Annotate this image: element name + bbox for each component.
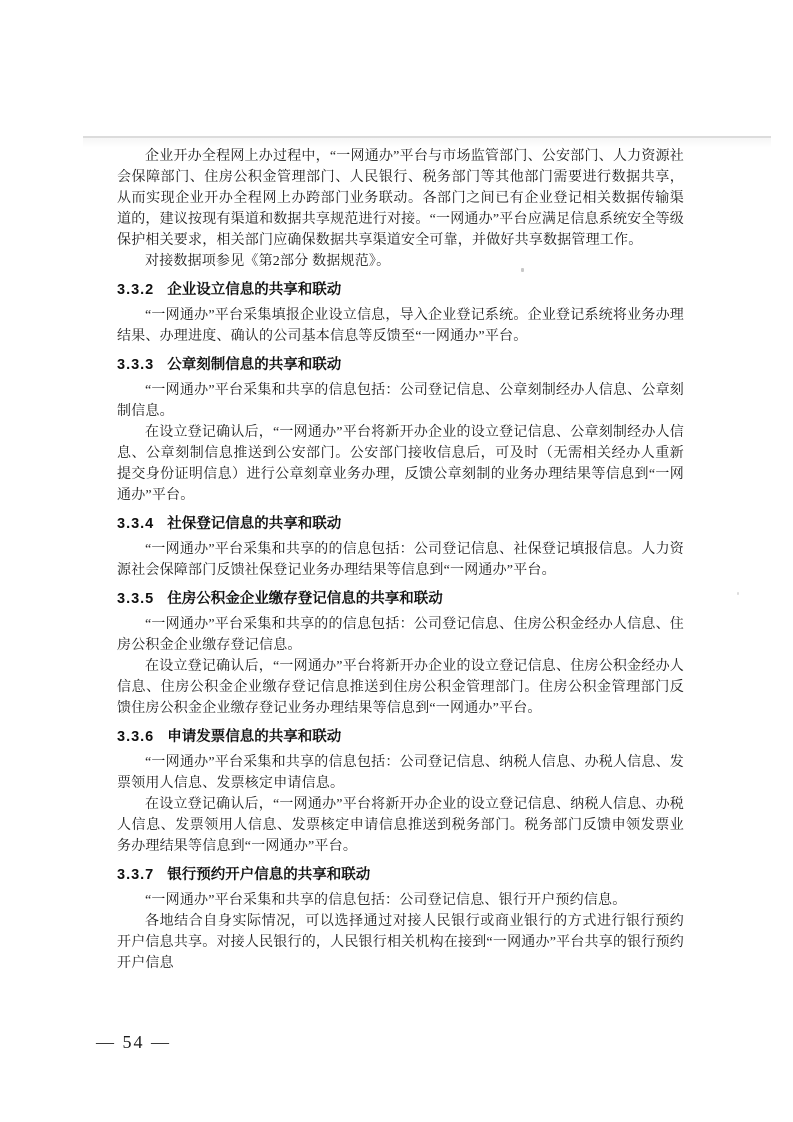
section-number: 3.3.5 (117, 591, 154, 607)
section-number: 3.3.3 (117, 357, 154, 373)
section-title: 公章刻制信息的共享和联动 (167, 357, 341, 373)
page-number: — 54 — (96, 1031, 171, 1053)
section-title: 社保登记信息的共享和联动 (167, 516, 341, 532)
section-paragraph: 在设立登记确认后，“一网通办”平台将新开办企业的设立登记信息、公章刻制经办人信息… (117, 422, 684, 506)
section-title: 申请发票信息的共享和联动 (167, 729, 341, 745)
section-number: 3.3.2 (117, 282, 154, 298)
section-number: 3.3.4 (117, 516, 154, 532)
section-heading-3-3-6: 3.3.6申请发票信息的共享和联动 (117, 727, 684, 748)
section-paragraph: “一网通办”平台采集填报企业设立信息，导入企业登记系统。企业登记系统将业务办理结… (117, 305, 684, 347)
section-title: 住房公积金企业缴存登记信息的共享和联动 (167, 591, 443, 607)
section-heading-3-3-4: 3.3.4社保登记信息的共享和联动 (117, 514, 684, 535)
section-paragraph: 各地结合自身实际情况，可以选择通过对接人民银行或商业银行的方式进行银行预约开户信… (117, 911, 684, 974)
section-heading-3-3-5: 3.3.5住房公积金企业缴存登记信息的共享和联动 (117, 589, 684, 610)
section-paragraph: “一网通办”平台采集和共享的信息包括：公司登记信息、公章刻制经办人信息、公章刻制… (117, 380, 684, 422)
section-paragraph: “一网通办”平台采集和共享的信息包括：公司登记信息、纳税人信息、办税人信息、发票… (117, 752, 684, 794)
scan-speck (737, 592, 739, 595)
section-title: 银行预约开户信息的共享和联动 (167, 867, 370, 883)
section-paragraph: “一网通办”平台采集和共享的的信息包括：公司登记信息、社保登记填报信息。人力资源… (117, 539, 684, 581)
section-heading-3-3-2: 3.3.2企业设立信息的共享和联动 (117, 280, 684, 301)
intro-paragraph: 企业开办全程网上办过程中，“一网通办”平台与市场监管部门、公安部门、人力资源社会… (117, 146, 684, 251)
document-body: 企业开办全程网上办过程中，“一网通办”平台与市场监管部门、公安部门、人力资源社会… (117, 146, 684, 974)
section-heading-3-3-7: 3.3.7银行预约开户信息的共享和联动 (117, 865, 684, 886)
section-paragraph: 在设立登记确认后，“一网通办”平台将新开办企业的设立登记信息、纳税人信息、办税人… (117, 794, 684, 857)
section-paragraph: “一网通办”平台采集和共享的的信息包括：公司登记信息、住房公积金经办人信息、住房… (117, 614, 684, 656)
document-page: 企业开办全程网上办过程中，“一网通办”平台与市场监管部门、公安部门、人力资源社会… (0, 0, 793, 1122)
section-title: 企业设立信息的共享和联动 (167, 282, 341, 298)
section-number: 3.3.7 (117, 867, 154, 883)
section-paragraph: 在设立登记确认后，“一网通办”平台将新开办企业的设立登记信息、住房公积金经办人信… (117, 656, 684, 719)
intro-paragraph: 对接数据项参见《第2部分 数据规范》。 (117, 251, 684, 272)
section-heading-3-3-3: 3.3.3公章刻制信息的共享和联动 (117, 355, 684, 376)
section-number: 3.3.6 (117, 729, 154, 745)
section-paragraph: “一网通办”平台采集和共享的信息包括：公司登记信息、银行开户预约信息。 (117, 890, 684, 911)
